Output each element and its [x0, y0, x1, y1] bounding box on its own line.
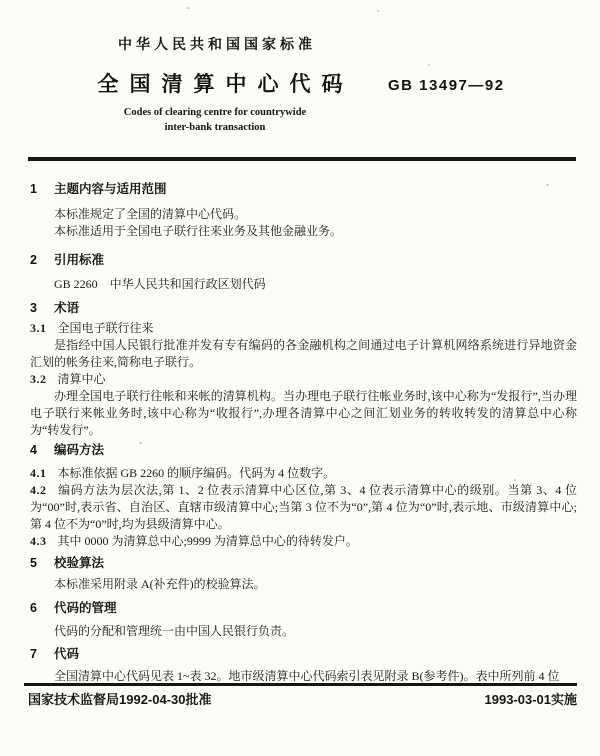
section-1-number: 1	[30, 181, 40, 198]
section-4-heading: 4编码方法	[30, 442, 577, 459]
section-1-paragraph-2: 本标准适用于全国电子联行往来业务及其他金融业务。	[30, 223, 577, 240]
scan-speck	[546, 184, 549, 186]
section-7-heading: 7代码	[30, 646, 577, 663]
subsection-3-2-number: 3.2	[30, 372, 47, 386]
document-body: 1主题内容与适用范围 本标准规定了全国的清算中心代码。 本标准适用于全国电子联行…	[30, 165, 577, 685]
subsection-4-3-paragraph: 4.3其中 0000 为清算总中心;9999 为清算总中心的待转发户。	[30, 533, 577, 550]
subsection-4-2-text: 编码方法为层次法,第 1、2 位表示清算中心区位,第 3、4 位表示清算中心的级…	[30, 483, 577, 531]
section-4-title: 编码方法	[54, 443, 104, 457]
section-6-heading: 6代码的管理	[30, 600, 577, 617]
scan-speck	[428, 64, 430, 66]
approval-notice: 国家技术监督局1992-04-30批准	[28, 689, 212, 708]
subsection-4-3-text: 其中 0000 为清算总中心;9999 为清算总中心的待转发户。	[58, 534, 358, 548]
footer: 国家技术监督局1992-04-30批准 1993-03-01实施	[28, 689, 577, 708]
scan-speck	[139, 442, 142, 444]
section-6-paragraph: 代码的分配和管理统一由中国人民银行负责。	[30, 623, 577, 640]
subsection-4-1-number: 4.1	[30, 466, 47, 480]
section-3-heading: 3术语	[30, 300, 577, 317]
section-2-paragraph-1: GB 2260 中华人民共和国行政区划代码	[30, 276, 577, 293]
section-1-title: 主题内容与适用范围	[54, 182, 167, 196]
subsection-3-1-number: 3.1	[30, 321, 47, 335]
subsection-3-2-paragraph: 办理全国电子联行往帐和来帐的清算机构。当办理电子联行往帐业务时,该中心称为“发报…	[30, 388, 577, 439]
section-2-number: 2	[30, 252, 40, 269]
section-7-number: 7	[30, 646, 40, 663]
subtitle-en-line2: inter-bank transaction	[0, 122, 430, 133]
section-2-heading: 2引用标准	[30, 252, 577, 269]
subsection-4-1-paragraph: 4.1本标准依据 GB 2260 的顺序编码。代码为 4 位数字。	[30, 465, 577, 482]
header-rule	[28, 157, 576, 161]
subsection-3-2-title: 清算中心	[58, 372, 106, 386]
subsection-4-3-number: 4.3	[30, 534, 47, 548]
section-5-paragraph: 本标准采用附录 A(补充件)的校验算法。	[30, 576, 577, 593]
subtitle-en-line1: Codes of clearing centre for countrywide	[0, 107, 430, 118]
section-1-paragraph-1: 本标准规定了全国的清算中心代码。	[30, 206, 577, 223]
footer-rule	[24, 683, 577, 686]
subsection-4-2-number: 4.2	[30, 483, 47, 497]
scan-speck	[514, 479, 516, 481]
section-7-title: 代码	[54, 647, 79, 661]
section-5-title: 校验算法	[54, 556, 104, 570]
section-6-number: 6	[30, 600, 40, 617]
scan-speck	[377, 10, 379, 12]
subsection-4-2-paragraph: 4.2编码方法为层次法,第 1、2 位表示清算中心区位,第 3、4 位表示清算中…	[30, 482, 577, 533]
subsection-3-2-heading: 3.2清算中心	[30, 371, 577, 388]
section-2-title: 引用标准	[54, 253, 104, 267]
standard-code: GB 13497—92	[388, 77, 505, 94]
section-3-title: 术语	[54, 301, 79, 315]
implementation-date: 1993-03-01实施	[485, 689, 578, 708]
section-3-number: 3	[30, 300, 40, 317]
standard-label: 中华人民共和国国家标准	[0, 34, 430, 54]
document-page: 中华人民共和国国家标准 全国清算中心代码 GB 13497—92 Codes o…	[0, 0, 600, 756]
subsection-3-1-paragraph: 是指经中国人民银行批准并发有专有编码的各金融机构之间通过电子计算机网络系统进行异…	[30, 337, 577, 371]
section-5-heading: 5校验算法	[30, 555, 577, 572]
document-title: 全国清算中心代码	[0, 68, 440, 98]
subsection-4-1-text: 本标准依据 GB 2260 的顺序编码。代码为 4 位数字。	[58, 466, 336, 480]
section-5-number: 5	[30, 555, 40, 572]
section-1-heading: 1主题内容与适用范围	[30, 181, 577, 198]
section-4-number: 4	[30, 442, 40, 459]
subsection-3-1-title: 全国电子联行往来	[58, 321, 154, 335]
scan-speck	[187, 7, 190, 9]
section-6-title: 代码的管理	[54, 601, 117, 615]
subsection-3-1-heading: 3.1全国电子联行往来	[30, 320, 577, 337]
